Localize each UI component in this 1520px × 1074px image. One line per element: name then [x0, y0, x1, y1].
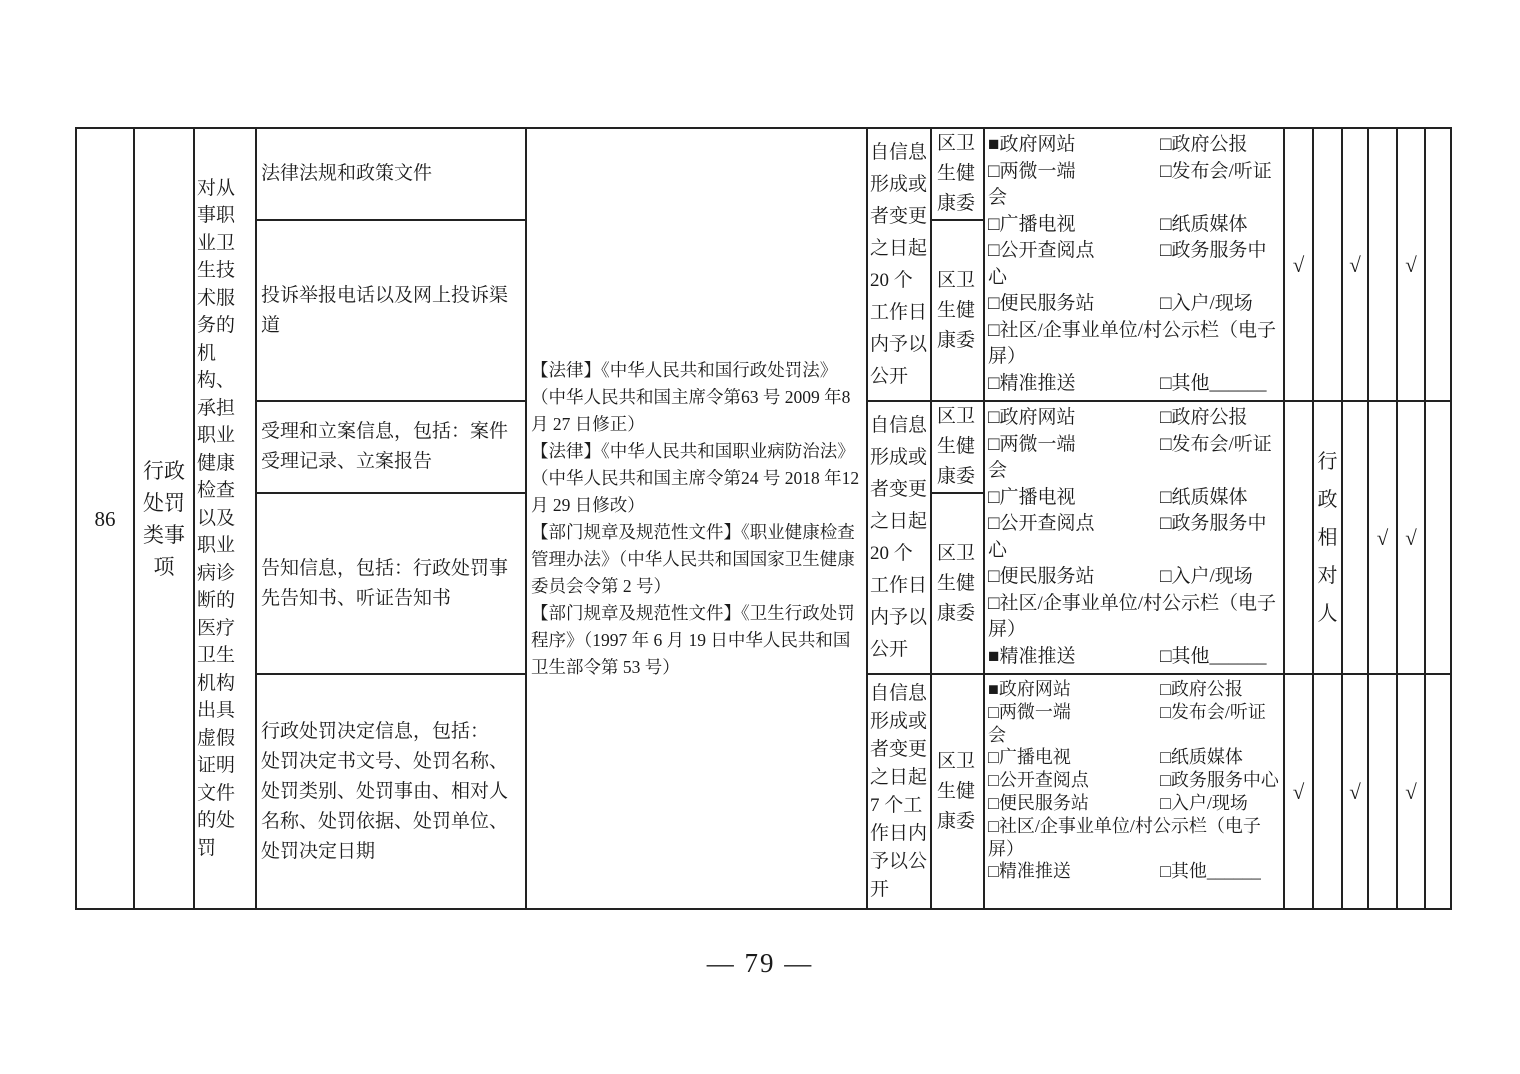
disclosure-matrix-table: 86 行政处罚类事项 对从事职业卫生技术服务的机构、承担职业健康检查以及职业病诊…	[75, 127, 1452, 910]
timing-text: 自信息形成或者变更之日起20 个工作日内予以公开	[870, 137, 928, 393]
channel-label: 便民服务站	[999, 566, 1094, 587]
checkbox-icon: □	[988, 513, 999, 534]
channel-option[interactable]: □社区/企事业单位/村公示栏（电子屏）	[988, 816, 1261, 859]
owner-cell: 区卫生健康委	[932, 675, 985, 910]
category-label: 行政处罚类事项	[143, 455, 185, 583]
channel-label: 纸质媒体	[1171, 214, 1247, 235]
channel-option[interactable]: □两微一端	[988, 159, 1160, 186]
channel-option[interactable]: ■政府网站	[988, 678, 1160, 701]
channel-option[interactable]: □政府网站	[988, 405, 1160, 432]
checkbox-icon: □	[988, 861, 999, 881]
checkbox-icon: □	[1160, 702, 1171, 722]
mark-cell	[1343, 402, 1369, 675]
mark-cell: √	[1285, 129, 1314, 402]
checkbox-icon: □	[1160, 487, 1171, 508]
check-mark: √	[1349, 777, 1361, 807]
channel-label: 社区/企事业单位/村公示栏（电子屏）	[988, 320, 1276, 368]
checkbox-icon: □	[988, 320, 999, 341]
channel-option[interactable]: □政府公报	[1160, 134, 1248, 155]
channel-option[interactable]: □纸质媒体	[1160, 747, 1243, 767]
channel-option[interactable]: □广播电视	[988, 212, 1160, 239]
check-mark: √	[1405, 250, 1417, 280]
channel-label: 政府网站	[999, 679, 1071, 699]
check-mark: √	[1405, 523, 1417, 553]
channel-label: 入户/现场	[1171, 293, 1252, 314]
owner-cell: 区卫生健康委	[932, 494, 985, 675]
publish-channels-cell: ■政府网站□政府公报 □两微一端□发布会/听证会 □广播电视□纸质媒体 □公开查…	[985, 129, 1285, 402]
info-item-text: 告知信息，包括：行政处罚事先告知书、听证告知书	[261, 554, 521, 614]
info-item-cell: 行政处罚决定信息，包括： 处罚决定书文号、处罚名称、处罚类别、处罚事由、相对人名…	[257, 675, 527, 910]
channel-label: 公开查阅点	[999, 513, 1094, 534]
info-item-cell: 受理和立案信息，包括：案件受理记录、立案报告	[257, 402, 527, 494]
channel-label: 社区/企事业单位/村公示栏（电子屏）	[988, 816, 1261, 859]
owner-text: 区卫生健康委	[937, 129, 978, 219]
channel-label: 精准推送	[999, 373, 1075, 394]
checkbox-icon: □	[988, 702, 999, 722]
channel-option[interactable]: □公开查阅点	[988, 511, 1160, 538]
checkbox-icon: □	[988, 161, 999, 182]
owner-text: 区卫生健康委	[937, 747, 978, 837]
subject-text: 行政相对人	[1317, 443, 1338, 633]
owner-cell: 区卫生健康委	[932, 129, 985, 221]
channel-option[interactable]: □社区/企事业单位/村公示栏（电子屏）	[988, 593, 1276, 641]
channel-option[interactable]: □社区/企事业单位/村公示栏（电子屏）	[988, 320, 1276, 368]
channel-label: 政府公报	[1171, 134, 1247, 155]
checkbox-icon: □	[1160, 134, 1171, 155]
timing-cell: 自信息形成或者变更之日起20 个工作日内予以公开	[868, 402, 932, 675]
checkbox-icon: □	[988, 770, 999, 790]
mark-cell: √	[1285, 675, 1314, 910]
checkbox-icon: □	[988, 793, 999, 813]
checkbox-icon: □	[1160, 373, 1171, 394]
info-item-text: 法律法规和政策文件	[261, 159, 521, 189]
page-number: — 79 —	[0, 948, 1520, 979]
owner-cell: 区卫生健康委	[932, 402, 985, 494]
channel-option[interactable]: □精准推送	[988, 371, 1160, 398]
channel-label: 两微一端	[999, 434, 1075, 455]
checkbox-icon: □	[988, 373, 999, 394]
channel-option[interactable]: □其他______	[1160, 373, 1267, 394]
channel-label: 纸质媒体	[1171, 747, 1243, 767]
channel-option[interactable]: □入户/现场	[1160, 793, 1248, 813]
checkbox-icon: □	[988, 816, 999, 836]
mark-cell	[1369, 675, 1398, 910]
channel-option[interactable]: □公开查阅点	[988, 769, 1160, 792]
checkbox-icon: □	[1160, 793, 1171, 813]
checkbox-icon: □	[1160, 161, 1171, 182]
mark-cell	[1426, 675, 1452, 910]
channel-option[interactable]: ■精准推送	[988, 644, 1160, 671]
checkbox-icon: □	[988, 214, 999, 235]
mark-cell	[1426, 402, 1452, 675]
channel-label: 两微一端	[999, 702, 1071, 722]
channel-option[interactable]: □入户/现场	[1160, 566, 1253, 587]
item-cell: 对从事职业卫生技术服务的机构、承担职业健康检查以及职业病诊断的医疗卫生机构出具虚…	[195, 129, 257, 910]
seq-number: 86	[95, 504, 116, 534]
timing-text: 自信息形成或者变更之日起7 个工作日内予以公开	[870, 680, 928, 904]
mark-cell: √	[1343, 675, 1369, 910]
checkbox-icon: □	[988, 293, 999, 314]
channel-label: 精准推送	[999, 861, 1071, 881]
legal-basis-item: 【部门规章及规范性文件】《职业健康检查管理办法》（中华人民共和国国家卫生健康委员…	[531, 519, 862, 600]
channel-option[interactable]: □精准推送	[988, 860, 1160, 883]
channel-label: 两微一端	[999, 161, 1075, 182]
channel-option[interactable]: □政务服务中心	[1160, 770, 1279, 790]
mark-cell: √	[1369, 402, 1398, 675]
legal-basis-item: 【法律】《中华人民共和国行政处罚法》（中华人民共和国主席令第63 号 2009 …	[531, 357, 862, 438]
checkbox-icon: □	[988, 434, 999, 455]
channel-label: 广播电视	[999, 487, 1075, 508]
timing-cell: 自信息形成或者变更之日起20 个工作日内予以公开	[868, 129, 932, 402]
info-item-text: 投诉举报电话以及网上投诉渠道	[261, 281, 521, 341]
channel-option[interactable]: □纸质媒体	[1160, 214, 1248, 235]
channel-option[interactable]: □广播电视	[988, 746, 1160, 769]
timing-cell: 自信息形成或者变更之日起7 个工作日内予以公开	[868, 675, 932, 910]
checkbox-icon: □	[1160, 747, 1171, 767]
checkbox-icon: □	[1160, 679, 1171, 699]
legal-basis-item: 【法律】《中华人民共和国职业病防治法》（中华人民共和国主席令第24 号 2018…	[531, 438, 862, 519]
channel-option[interactable]: □其他______	[1160, 861, 1261, 881]
owner-text: 区卫生健康委	[937, 402, 978, 492]
checkbox-icon: □	[1160, 566, 1171, 587]
timing-text: 自信息形成或者变更之日起20 个工作日内予以公开	[870, 410, 928, 666]
channel-option[interactable]: □其他______	[1160, 646, 1267, 667]
mark-cell: √	[1398, 129, 1426, 402]
channel-option[interactable]: □便民服务站	[988, 564, 1160, 591]
owner-text: 区卫生健康委	[937, 539, 978, 629]
channel-option[interactable]: □便民服务站	[988, 291, 1160, 318]
mark-cell	[1369, 129, 1398, 402]
channel-label: 入户/现场	[1171, 566, 1252, 587]
check-mark: √	[1293, 250, 1305, 280]
mark-cell	[1314, 675, 1343, 910]
check-mark: √	[1377, 523, 1389, 553]
mark-cell: √	[1343, 129, 1369, 402]
checkbox-icon: □	[1160, 240, 1171, 261]
checkbox-icon: □	[988, 487, 999, 508]
channel-label: 政府公报	[1171, 679, 1243, 699]
checkbox-icon: □	[988, 240, 999, 261]
item-label: 对从事职业卫生技术服务的机构、承担职业健康检查以及职业病诊断的医疗卫生机构出具虚…	[197, 175, 253, 863]
legal-basis-cell: 【法律】《中华人民共和国行政处罚法》（中华人民共和国主席令第63 号 2009 …	[527, 129, 868, 910]
checkbox-icon: □	[988, 407, 999, 428]
channel-label: 政务服务中心	[1171, 770, 1279, 790]
legal-basis-item: 【部门规章及规范性文件】《卫生行政处罚程序》（1997 年 6 月 19 日中华…	[531, 600, 862, 681]
info-item-text: 行政处罚决定信息，包括： 处罚决定书文号、处罚名称、处罚类别、处罚事由、相对人名…	[261, 717, 521, 867]
channel-option[interactable]: □入户/现场	[1160, 293, 1253, 314]
channel-label: 其他______	[1171, 861, 1261, 881]
mark-cell	[1426, 129, 1452, 402]
checkbox-icon: ■	[988, 134, 999, 155]
checkbox-icon: □	[1160, 293, 1171, 314]
channel-label: 便民服务站	[999, 293, 1094, 314]
channel-label: 广播电视	[999, 214, 1075, 235]
channel-option[interactable]: □纸质媒体	[1160, 487, 1248, 508]
checkbox-icon: □	[1160, 214, 1171, 235]
publish-channels-cell: □政府网站□政府公报 □两微一端□发布会/听证会 □广播电视□纸质媒体 □公开查…	[985, 402, 1285, 675]
channel-label: 其他______	[1171, 646, 1266, 667]
channel-option[interactable]: □两微一端	[988, 432, 1160, 459]
checkbox-icon: □	[1160, 861, 1171, 881]
seq-cell: 86	[77, 129, 135, 910]
channel-option[interactable]: □便民服务站	[988, 792, 1160, 815]
checkbox-icon: □	[988, 566, 999, 587]
publish-channels-cell: ■政府网站□政府公报 □两微一端□发布会/听证会 □广播电视□纸质媒体 □公开查…	[985, 675, 1285, 910]
channel-label: 政府网站	[999, 134, 1075, 155]
channel-option[interactable]: □公开查阅点	[988, 238, 1160, 265]
checkbox-icon: □	[1160, 770, 1171, 790]
check-mark: √	[1405, 777, 1417, 807]
checkbox-icon: ■	[988, 646, 999, 667]
channel-option[interactable]: □两微一端	[988, 701, 1160, 724]
channel-option[interactable]: □政府公报	[1160, 407, 1248, 428]
channel-option[interactable]: □政府公报	[1160, 679, 1243, 699]
channel-label: 纸质媒体	[1171, 487, 1247, 508]
channel-label: 公开查阅点	[999, 770, 1089, 790]
info-item-cell: 告知信息，包括：行政处罚事先告知书、听证告知书	[257, 494, 527, 675]
channel-option[interactable]: ■政府网站	[988, 132, 1160, 159]
channel-label: 公开查阅点	[999, 240, 1094, 261]
channel-label: 便民服务站	[999, 793, 1089, 813]
subject-cell: 行政相对人	[1314, 402, 1343, 675]
channel-option[interactable]: □广播电视	[988, 485, 1160, 512]
channel-label: 政府公报	[1171, 407, 1247, 428]
checkbox-icon: □	[1160, 513, 1171, 534]
checkbox-icon: □	[988, 593, 999, 614]
mark-cell	[1314, 129, 1343, 402]
document-page: 86 行政处罚类事项 对从事职业卫生技术服务的机构、承担职业健康检查以及职业病诊…	[0, 0, 1520, 1074]
channel-label: 其他______	[1171, 373, 1266, 394]
checkbox-icon: □	[1160, 407, 1171, 428]
channel-label: 政府网站	[999, 407, 1075, 428]
info-item-cell: 法律法规和政策文件	[257, 129, 527, 221]
checkbox-icon: ■	[988, 679, 999, 699]
info-item-cell: 投诉举报电话以及网上投诉渠道	[257, 221, 527, 402]
channel-label: 精准推送	[999, 646, 1075, 667]
check-mark: √	[1293, 777, 1305, 807]
mark-cell: √	[1398, 402, 1426, 675]
channel-label: 社区/企事业单位/村公示栏（电子屏）	[988, 593, 1276, 641]
info-item-text: 受理和立案信息，包括：案件受理记录、立案报告	[261, 417, 521, 477]
channel-label: 入户/现场	[1171, 793, 1248, 813]
owner-text: 区卫生健康委	[937, 266, 978, 356]
channel-label: 广播电视	[999, 747, 1071, 767]
checkbox-icon: □	[1160, 434, 1171, 455]
check-mark: √	[1349, 250, 1361, 280]
mark-cell	[1285, 402, 1314, 675]
owner-cell: 区卫生健康委	[932, 221, 985, 402]
mark-cell: √	[1398, 675, 1426, 910]
checkbox-icon: □	[1160, 646, 1171, 667]
checkbox-icon: □	[988, 747, 999, 767]
category-cell: 行政处罚类事项	[135, 129, 195, 910]
